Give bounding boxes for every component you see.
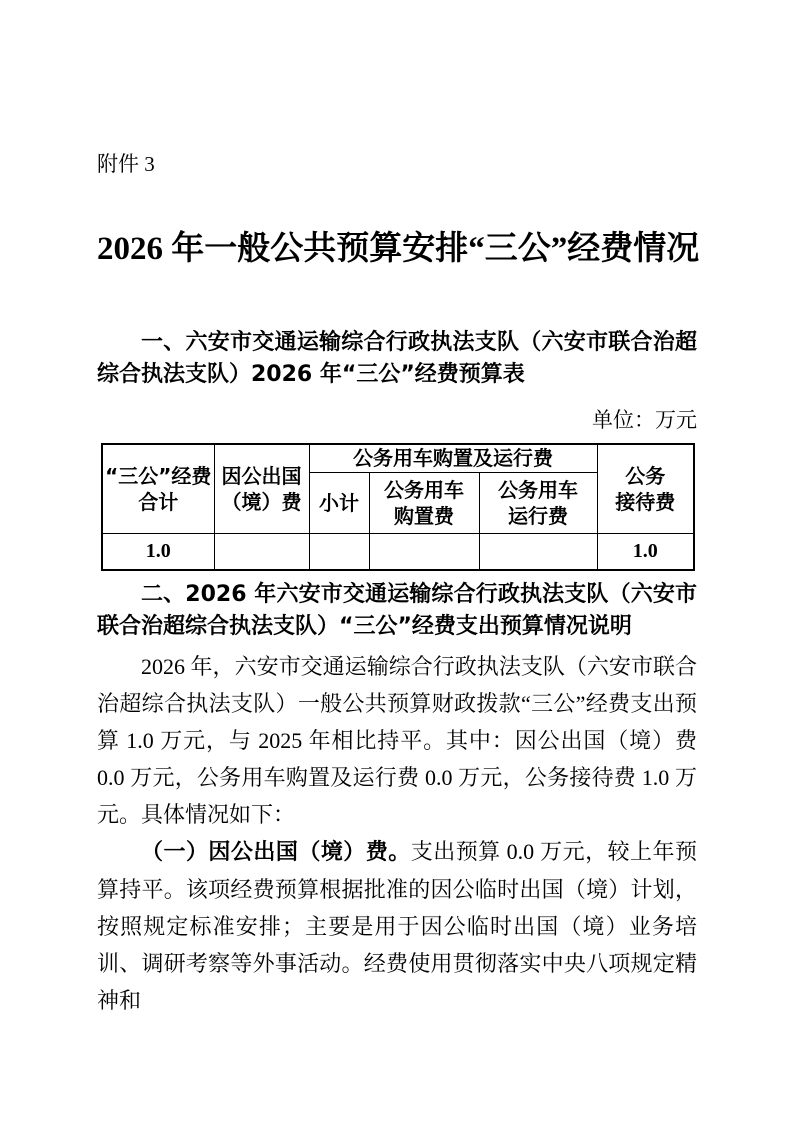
section-1-heading: 一、六安市交通运输综合行政执法支队（六安市联合治超综合执法支队）2026 年“三… <box>97 327 697 391</box>
paragraph-abroad-expense-lead: （一）因公出国（境）费。 <box>141 840 411 865</box>
unit-label: 单位：万元 <box>97 406 697 434</box>
document-content: 附件 3 2026 年一般公共预算安排“三公”经费情况 一、六安市交通运输综合行… <box>97 0 697 1019</box>
value-operation <box>479 533 597 570</box>
section-2-heading: 二、2026 年六安市交通运输综合行政执法支队（六安市联合治超综合执法支队）“三… <box>97 579 697 643</box>
value-subtotal <box>309 533 369 570</box>
paragraph-summary: 2026 年，六安市交通运输综合行政执法支队（六安市联合治超综合执法支队）一般公… <box>97 648 697 833</box>
page-title: 2026 年一般公共预算安排“三公”经费情况 <box>97 228 697 270</box>
col-header-reception: 公务 接待费 <box>597 444 694 533</box>
col-header-purchase: 公务用车 购置费 <box>369 472 479 533</box>
value-abroad <box>214 533 309 570</box>
col-header-total: “三公”经费 合计 <box>102 444 214 533</box>
budget-table: “三公”经费 合计 因公出国 （境）费 公务用车购置及运行费 公务 接待费 小计… <box>101 443 695 571</box>
attachment-label: 附件 3 <box>97 0 697 176</box>
table-header-row-1: “三公”经费 合计 因公出国 （境）费 公务用车购置及运行费 公务 接待费 <box>102 444 694 472</box>
col-header-subtotal: 小计 <box>309 472 369 533</box>
col-header-vehicle-group: 公务用车购置及运行费 <box>309 444 597 472</box>
value-reception: 1.0 <box>597 533 694 570</box>
table-data-row: 1.0 1.0 <box>102 533 694 570</box>
value-total: 1.0 <box>102 533 214 570</box>
document-page: { "doc": { "attachment_label": "附件 3", "… <box>0 0 793 1122</box>
paragraph-abroad-expense: （一）因公出国（境）费。支出预算 0.0 万元，较上年预算持平。该项经费预算根据… <box>97 833 697 1019</box>
col-header-abroad: 因公出国 （境）费 <box>214 444 309 533</box>
paragraph-abroad-expense-body: 支出预算 0.0 万元，较上年预算持平。该项经费预算根据批准的因公临时出国（境）… <box>97 839 697 1013</box>
value-purchase <box>369 533 479 570</box>
col-header-operation: 公务用车 运行费 <box>479 472 597 533</box>
